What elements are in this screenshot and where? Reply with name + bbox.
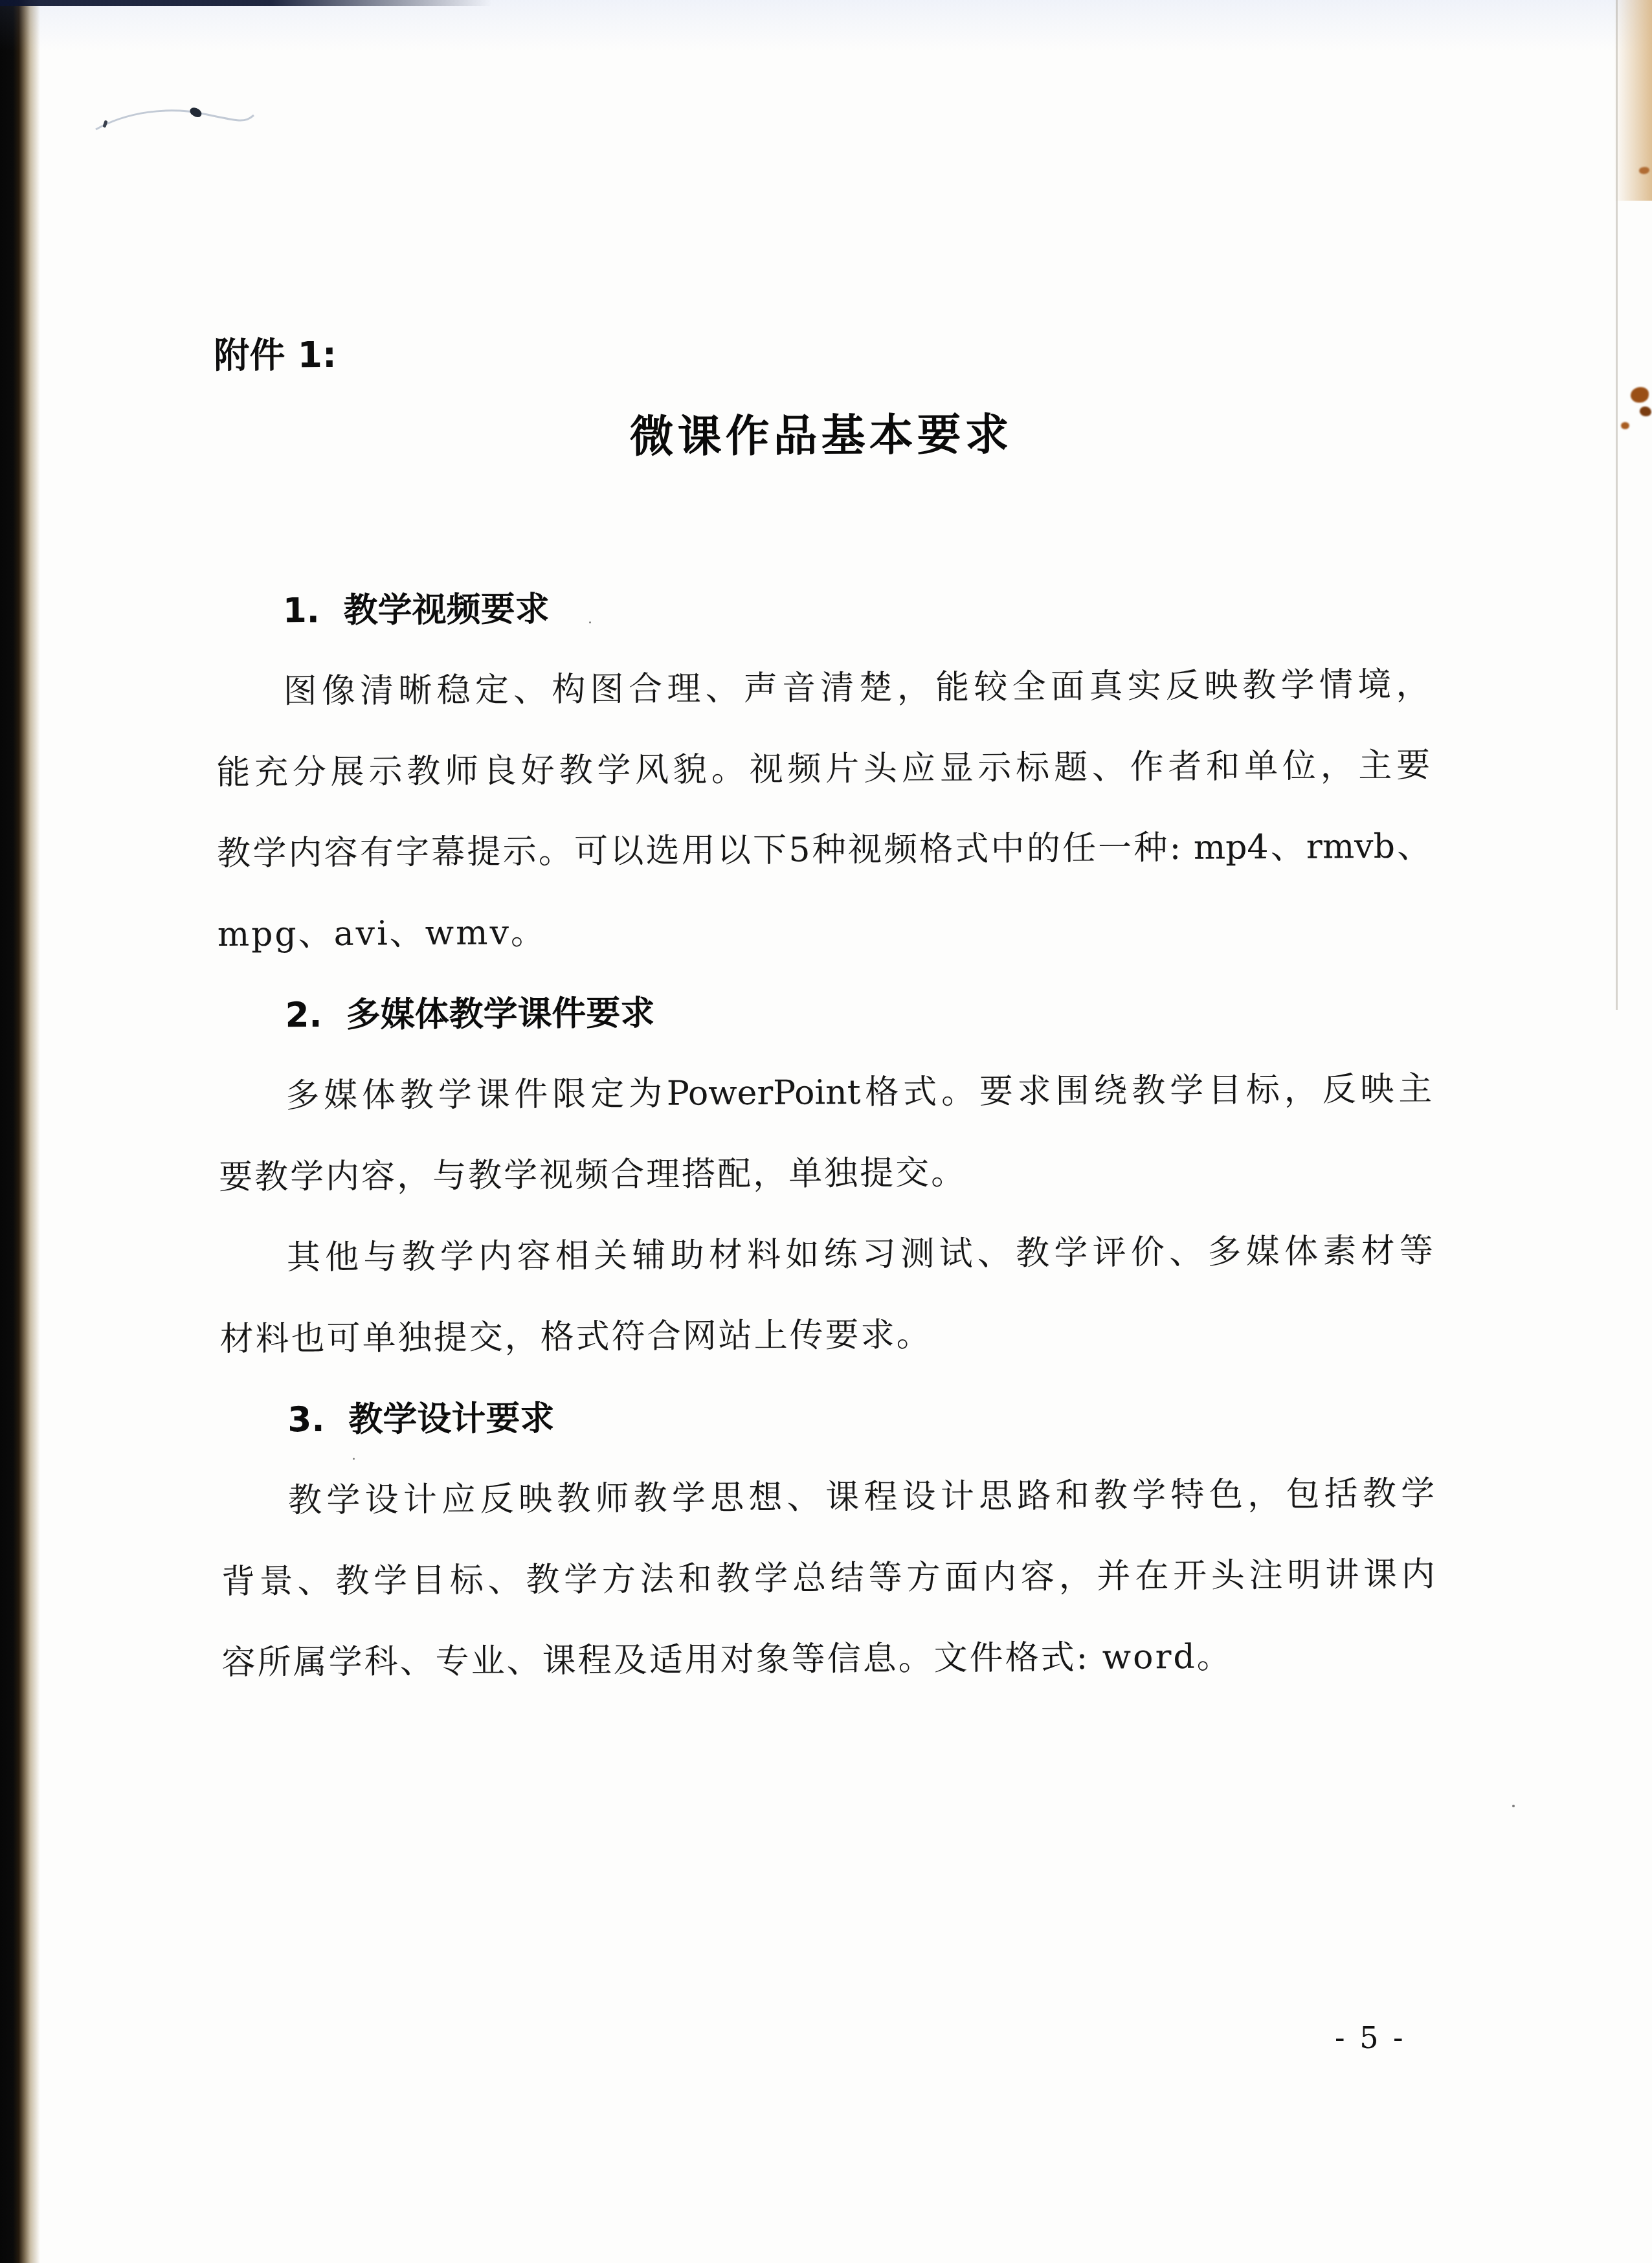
scan-top-haze-artifact	[0, 0, 1652, 52]
title-spacer	[215, 476, 1429, 571]
section-1-paragraph-line: 教学内容有字幕提示。可以选用以下5种视频格式中的任一种: mp4、rmvb、	[217, 807, 1431, 895]
page-number: - 5 -	[1335, 2018, 1406, 2057]
pencil-scribble-artifact	[91, 96, 259, 141]
section-2-heading: 2. 多媒体教学课件要求	[218, 968, 1432, 1056]
rust-stain-artifact	[1631, 387, 1649, 403]
section-1-paragraph-line: mpg、avi、wmv。	[217, 887, 1431, 975]
section-1-paragraph-line: 图像清晰稳定、构图合理、声音清楚，能较全面真实反映教学情境，	[216, 645, 1430, 733]
section-2-paragraph-line: 材料也可单独提交，格式符合网站上传要求。	[219, 1292, 1434, 1380]
section-2-paragraph-line: 要教学内容，与教学视频合理搭配，单独提交。	[219, 1130, 1433, 1218]
scan-edge-left-artifact	[0, 0, 40, 2263]
document-title: 微课作品基本要求	[214, 389, 1429, 484]
section-3-paragraph-line: 容所属学科、专业、课程及适用对象等信息。文件格式: word。	[221, 1616, 1436, 1704]
document-content: 附件 1: 微课作品基本要求 1. 教学视频要求 图像清晰稳定、构图合理、声音清…	[214, 308, 1436, 1704]
section-3-paragraph-line: 教学设计应反映教师教学思想、课程设计思路和教学特色，包括教学	[221, 1454, 1435, 1542]
section-1-paragraph-line: 能充分展示教师良好教学风貌。视频片头应显示标题、作者和单位，主要	[216, 726, 1431, 814]
scanned-document-page: 附件 1: 微课作品基本要求 1. 教学视频要求 图像清晰稳定、构图合理、声音清…	[0, 0, 1652, 2263]
section-3-heading: 3. 教学设计要求	[220, 1373, 1434, 1461]
scan-speck-artifact	[1512, 1805, 1515, 1807]
rust-stain-artifact	[1640, 407, 1651, 416]
attachment-label: 附件 1:	[214, 308, 1428, 396]
section-3-paragraph-line: 背景、教学目标、教学方法和教学总结等方面内容，并在开头注明讲课内	[221, 1535, 1436, 1623]
scan-line-right-artifact	[1616, 0, 1618, 1010]
rust-stain-artifact	[1621, 422, 1629, 429]
section-2-paragraph-line: 多媒体教学课件限定为PowerPoint格式。要求围绕教学目标，反映主	[218, 1049, 1433, 1137]
section-2-paragraph-line: 其他与教学内容相关辅助材料如练习测试、教学评价、多媒体素材等	[219, 1211, 1434, 1299]
scan-edge-top-artifact	[0, 0, 492, 6]
section-1-heading: 1. 教学视频要求	[215, 564, 1429, 652]
